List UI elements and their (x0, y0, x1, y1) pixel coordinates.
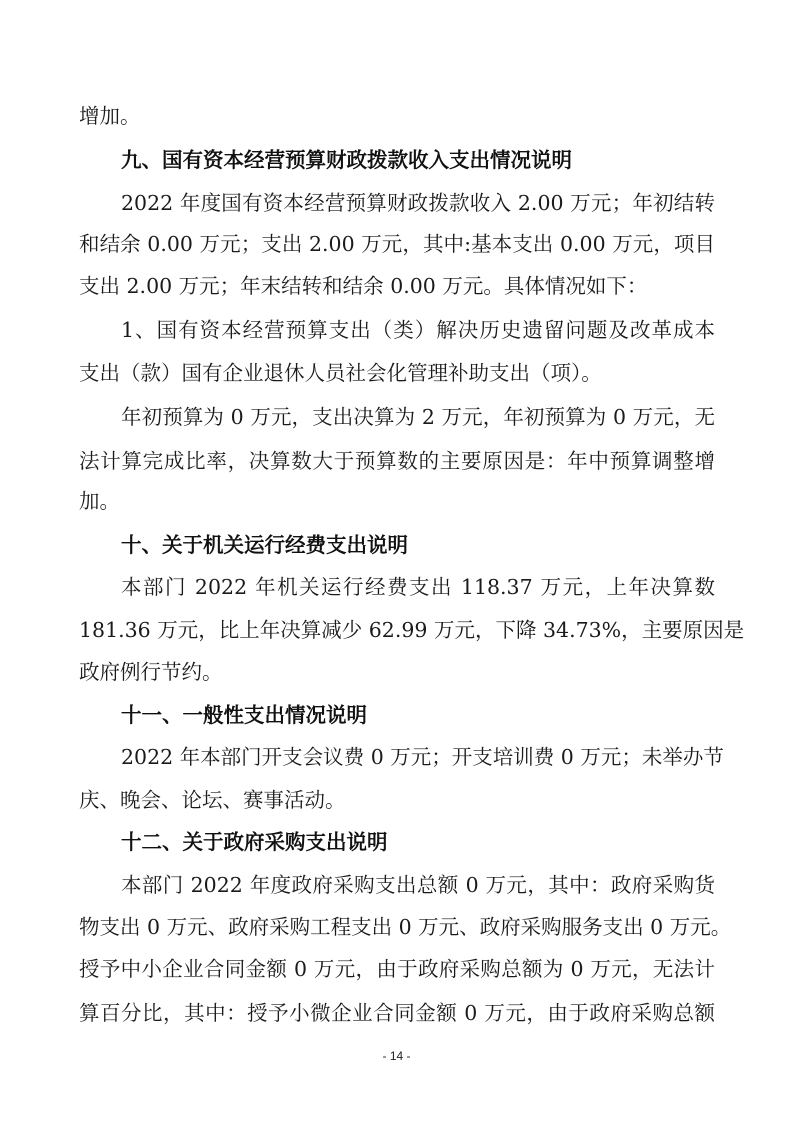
paragraph-line: 181.36 万元，比上年决算减少 62.99 万元，下降 34.73%，主要原… (79, 615, 715, 645)
section-heading-10: 十、关于机关运行经费支出说明 (121, 530, 408, 560)
paragraph-line: 本部门 2022 年度政府采购支出总额 0 万元，其中：政府采购货 (121, 870, 715, 900)
paragraph-line: 算百分比，其中：授予小微企业合同金额 0 万元，由于政府采购总额 (79, 998, 715, 1028)
paragraph-line: 2022 年本部门开支会议费 0 万元；开支培训费 0 万元；未举办节 (121, 742, 715, 772)
paragraph-line: 法计算完成比率，决算数大于预算数的主要原因是：年中预算调整增 (79, 446, 715, 476)
page-number: - 14 - (0, 1049, 793, 1063)
paragraph-line: 增加。 (79, 101, 715, 131)
paragraph-line: 授予中小企业合同金额 0 万元，由于政府采购总额为 0 万元，无法计 (79, 954, 715, 984)
paragraph-line: 加。 (79, 486, 715, 516)
paragraph-line: 1、国有资本经营预算支出（类）解决历史遗留问题及改革成本 (121, 315, 715, 345)
section-heading-12: 十二、关于政府采购支出说明 (121, 827, 388, 857)
paragraph-line: 政府例行节约。 (79, 657, 715, 687)
section-heading-11: 十一、一般性支出情况说明 (121, 700, 367, 730)
paragraph-line: 年初预算为 0 万元，支出决算为 2 万元，年初预算为 0 万元，无 (121, 402, 715, 432)
paragraph-line: 2022 年度国有资本经营预算财政拨款收入 2.00 万元；年初结转 (121, 188, 715, 218)
paragraph-line: 支出 2.00 万元；年末结转和结余 0.00 万元。具体情况如下： (79, 271, 715, 301)
document-page: 增加。 九、国有资本经营预算财政拨款收入支出情况说明 2022 年度国有资本经营… (0, 0, 793, 1122)
paragraph-line: 支出（款）国有企业退休人员社会化管理补助支出（项）。 (79, 358, 715, 388)
section-heading-9: 九、国有资本经营预算财政拨款收入支出情况说明 (121, 145, 572, 175)
paragraph-line: 物支出 0 万元、政府采购工程支出 0 万元、政府采购服务支出 0 万元。 (79, 912, 715, 942)
paragraph-line: 庆、晚会、论坛、赛事活动。 (79, 785, 715, 815)
paragraph-line: 和结余 0.00 万元；支出 2.00 万元，其中:基本支出 0.00 万元，项… (79, 229, 715, 259)
paragraph-line: 本部门 2022 年机关运行经费支出 118.37 万元，上年决算数 (121, 572, 715, 602)
